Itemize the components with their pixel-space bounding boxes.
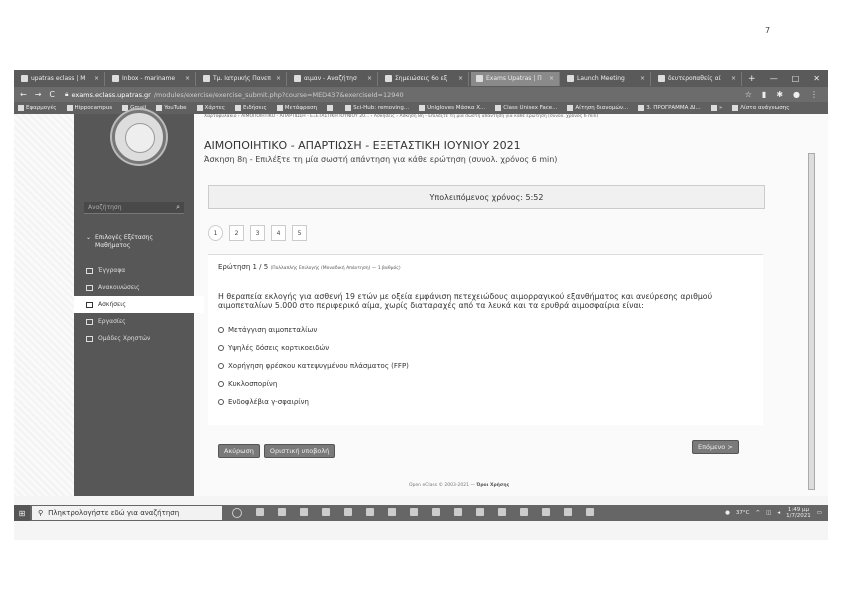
close-icon[interactable]: × [367, 75, 372, 82]
bookmark-item[interactable]: Μετάφραση [277, 105, 317, 111]
close-window-icon[interactable]: ✕ [813, 74, 820, 83]
tab-favicon-icon [294, 75, 301, 82]
bookmark-item[interactable]: Class Unisex Face... [495, 105, 557, 111]
browser-tab[interactable]: δευτεροπαθείς αί× [653, 72, 742, 86]
profile-avatar[interactable]: ● [793, 90, 800, 99]
bookmark-item[interactable]: 3. ΠΡΟΓΡΑΜΜΑ ΔΙ... [638, 105, 701, 111]
bluetooth-icon[interactable] [454, 508, 462, 516]
sidebar-search-input[interactable]: Αναζήτηση ⌕ [84, 202, 184, 214]
bookmark-icon [277, 105, 283, 111]
new-tab-button[interactable]: + [748, 74, 756, 84]
reload-icon[interactable]: C [49, 90, 55, 99]
bookmark-icon [122, 105, 128, 111]
tab-title: Launch Meeting [577, 75, 625, 82]
university-logo [112, 110, 166, 164]
cancel-button[interactable]: Ακύρωση [218, 444, 260, 458]
answer-option[interactable]: Υψηλές δόσεις κορτικοειδών [218, 339, 409, 357]
browser-tab[interactable]: Σημειώσεις 6ο εξ× [380, 72, 469, 86]
star-icon[interactable]: ☆ [745, 90, 752, 99]
radio-button[interactable] [218, 381, 224, 387]
browser-tab[interactable]: Launch Meeting× [562, 72, 651, 86]
sidebar-item[interactable]: Ομάδες Χρηστών [74, 330, 194, 347]
clock[interactable]: 1:49 μμ 1/7/2021 [786, 507, 811, 519]
answer-option[interactable]: Μετάγγιση αιμοπεταλίων [218, 321, 409, 339]
submit-button[interactable]: Οριστική υποβολή [264, 444, 335, 458]
sidebar: Αναζήτηση ⌕ ⌄ Επιλογές Εξέτασης Μαθήματο… [74, 114, 194, 496]
lock-icon: 🔒︎ [65, 90, 68, 99]
radio-button[interactable] [218, 363, 224, 369]
remaining-time: Υπολειπόμενος χρόνος: 5:52 [208, 185, 765, 209]
phone-icon[interactable] [344, 508, 352, 516]
store-icon[interactable] [300, 508, 308, 516]
footer: Open eClass © 2003-2021 — Όροι Χρήσης [409, 483, 509, 488]
mail-icon[interactable] [388, 508, 396, 516]
bookmark-icon [638, 105, 644, 111]
weather-icon[interactable]: ● [725, 510, 730, 516]
tab-title: αιμαν - Αναζήτησ [304, 75, 357, 82]
browser-tab[interactable]: αιμαν - Αναζήτησ× [289, 72, 378, 86]
bookmark-icon [495, 105, 501, 111]
sidebar-item[interactable]: Ασκήσεις [74, 296, 204, 313]
menu-icon[interactable]: ⋮ [810, 90, 818, 99]
tab-title: δευτεροπαθείς αί [668, 75, 721, 82]
windows-start-icon[interactable]: ⊞ [14, 505, 30, 521]
radio-button[interactable] [218, 327, 224, 333]
answer-options: Μετάγγιση αιμοπεταλίωνΥψηλές δόσεις κορτ… [218, 321, 409, 411]
screenshot: upatras eclass | Μ×Inbox - mariname×Τμ. … [14, 70, 828, 540]
search-icon[interactable]: ⌕ [176, 203, 180, 212]
close-icon[interactable]: × [185, 75, 190, 82]
tab-favicon-icon [112, 75, 119, 82]
tab-favicon-icon [658, 75, 665, 82]
task-view-icon[interactable] [256, 508, 264, 516]
bookmark-item[interactable]: Χάρτες [197, 105, 225, 111]
answer-option[interactable]: Χορήγηση φρέσκου κατεψυγμένου πλάσματος … [218, 357, 409, 375]
spotify-icon[interactable] [476, 508, 484, 516]
page-button[interactable]: 4 [271, 225, 286, 241]
sidebar-menu: ΈγγραφαΑνακοινώσειςΑσκήσειςΕργασίεςΟμάδε… [74, 262, 194, 347]
bookmark-item[interactable]: YouTube [156, 105, 186, 111]
extension-icon[interactable]: ▮ [762, 90, 766, 99]
sticky-notes-icon[interactable] [366, 508, 374, 516]
bookmark-icon [235, 105, 241, 111]
radio-button[interactable] [218, 345, 224, 351]
scrollbar-thumb[interactable] [808, 153, 815, 490]
bookmark-item[interactable]: Unigloves Μάσκα Χ... [419, 105, 485, 111]
question-pager: 12345 [208, 225, 307, 241]
exercise-subtitle: Άσκηση 8η - Επιλέξτε τη μία σωστή απάντη… [204, 155, 557, 164]
chevron-down-icon: ⌄ [86, 234, 91, 250]
browser-tab[interactable]: upatras eclass | Μ× [16, 72, 105, 86]
tab-favicon-icon [385, 75, 392, 82]
sidebar-section-title[interactable]: ⌄ Επιλογές Εξέτασης Μαθήματος [86, 234, 165, 250]
bookmark-icon [67, 105, 73, 111]
bookmark-icon [419, 105, 425, 111]
network-icon[interactable]: ◫ [766, 510, 771, 516]
speaker-app-icon[interactable] [586, 508, 594, 516]
browser-tab[interactable]: Exams Upatras | Π× [471, 72, 560, 86]
browser-tab[interactable]: Inbox - mariname× [107, 72, 196, 86]
close-icon[interactable]: × [549, 75, 554, 82]
tab-title: Exams Upatras | Π [486, 75, 542, 82]
chevron-up-icon[interactable]: ^ [756, 510, 761, 516]
window-controls: —□✕ [770, 74, 828, 83]
taskbar-search-input[interactable]: ⚲ Πληκτρολογήστε εδώ για αναζήτηση [32, 506, 222, 520]
system-tray: ● 37°C ^ ◫ ◂ 1:49 μμ 1/7/2021 ▭ [725, 507, 828, 519]
bookmark-item[interactable]: Ειδήσεις [235, 105, 267, 111]
search-placeholder: Αναζήτηση [88, 204, 122, 211]
windows-taskbar: ⊞ ⚲ Πληκτρολογήστε εδώ για αναζήτηση ● [14, 505, 828, 521]
question-meta: (Πολλαπλής Επιλογής (Μοναδική Απάντηση) … [270, 266, 400, 271]
terms-link[interactable]: Όροι Χρήσης [476, 483, 509, 488]
cortana-icon[interactable] [232, 508, 242, 518]
browser-tab[interactable]: Τμ. Ιατρικής Πανεπ× [198, 72, 287, 86]
menu-item-icon [86, 336, 93, 342]
tab-title: Σημειώσεις 6ο εξ [395, 75, 447, 82]
close-icon[interactable]: × [731, 75, 736, 82]
file-explorer-icon[interactable] [322, 508, 330, 516]
question-panel: Ερώτηση 1 / 5 (Πολλαπλής Επιλογής (Μοναδ… [208, 254, 763, 425]
answer-option[interactable]: Ενδοφλέβια γ-σφαιρίνη [218, 393, 409, 411]
bookmark-icon [711, 105, 717, 111]
menu-item-icon [86, 268, 93, 274]
tab-favicon-icon [476, 75, 483, 82]
page-button[interactable]: 2 [229, 225, 244, 241]
taskbar-apps [232, 508, 594, 518]
breadcrumb[interactable]: Χαρτοφυλάκιο › ΑΙΜΟΠΟΙΗΤΙΚΟ - ΑΠΑΡΤΙΩΣΗ … [204, 114, 598, 119]
bookmark-item[interactable]: Sci-Hub: removing... [345, 105, 409, 111]
media-icon[interactable] [498, 508, 506, 516]
skype-icon[interactable] [432, 508, 440, 516]
close-icon[interactable]: × [276, 75, 281, 82]
answer-option[interactable]: Κυκλοσπορίνη [218, 375, 409, 393]
bookmark-icon [156, 105, 162, 111]
web-page: Αναζήτηση ⌕ ⌄ Επιλογές Εξέτασης Μαθήματο… [14, 114, 828, 496]
bookmark-icon [327, 105, 333, 111]
background-decoration [14, 114, 74, 496]
browser-tab-strip: upatras eclass | Μ×Inbox - mariname×Τμ. … [14, 70, 828, 87]
page-title: ΑΙΜΟΠΟΙΗΤΙΚΟ - ΑΠΑΡΤΙΩΣΗ - ΕΞΕΤΑΣΤΙΚΗ ΙΟ… [204, 139, 521, 152]
menu-item-icon [86, 319, 93, 325]
excel-icon[interactable] [564, 508, 572, 516]
tab-title: Inbox - mariname [122, 75, 175, 82]
sidebar-item[interactable]: Ανακοινώσεις [74, 279, 194, 296]
bookmark-item[interactable]: Εφαρμογές [18, 105, 57, 111]
maximize-icon[interactable]: □ [792, 74, 800, 83]
tab-favicon-icon [567, 75, 574, 82]
page-number: 7 [765, 26, 770, 35]
next-button[interactable]: Επόμενο > [692, 440, 739, 454]
close-icon[interactable]: × [640, 75, 645, 82]
url-field[interactable]: 🔒︎ exams.eclass.upatras.gr/modules/exerc… [65, 90, 404, 99]
tab-title: upatras eclass | Μ [31, 75, 85, 82]
sidebar-item[interactable]: Εργασίες [74, 313, 194, 330]
puzzle-icon[interactable]: ✱ [776, 90, 783, 99]
tab-favicon-icon [21, 75, 28, 82]
bookmark-item[interactable]: Αίτηση διανομών... [567, 105, 628, 111]
bookmark-item[interactable]: Λίστα ανάγνωσης [732, 105, 789, 111]
tab-title: Τμ. Ιατρικής Πανεπ [213, 75, 271, 82]
forward-icon[interactable]: → [35, 90, 42, 99]
weather-temp[interactable]: 37°C [736, 510, 750, 516]
bookmark-item[interactable]: Hippocampus [67, 105, 113, 111]
bookmark-icon [567, 105, 573, 111]
back-icon[interactable]: ← [20, 90, 27, 99]
bookmark-icon [732, 105, 738, 111]
page-button[interactable]: 5 [292, 225, 307, 241]
page-button[interactable]: 1 [208, 225, 223, 241]
close-icon[interactable]: × [94, 75, 99, 82]
search-icon: ⚲ [38, 509, 43, 517]
bookmark-item[interactable]: » [711, 105, 722, 111]
minimize-icon[interactable]: — [770, 74, 778, 83]
page-button[interactable]: 3 [250, 225, 265, 241]
url-path: /modules/exercise/exercise_submit.php?co… [154, 91, 404, 99]
bookmark-item[interactable] [327, 105, 335, 111]
bookmark-icon [197, 105, 203, 111]
page-scrollbar[interactable] [807, 117, 814, 492]
main-content: Χαρτοφυλάκιο › ΑΙΜΟΠΟΙΗΤΙΚΟ - ΑΠΑΡΤΙΩΣΗ … [204, 114, 774, 496]
edge-icon[interactable] [520, 508, 528, 516]
close-icon[interactable]: × [458, 75, 463, 82]
radio-button[interactable] [218, 399, 224, 405]
notifications-icon[interactable]: ▭ [817, 510, 822, 516]
question-text: Η θεραπεία εκλογής για ασθενή 19 ετών με… [218, 292, 738, 310]
volume-icon[interactable]: ◂ [777, 510, 780, 516]
bookmark-icon [18, 105, 24, 111]
url-host: exams.eclass.upatras.gr [71, 91, 150, 99]
question-header: Ερώτηση 1 / 5 (Πολλαπλής Επιλογής (Μοναδ… [218, 263, 401, 271]
teams-icon[interactable] [278, 508, 286, 516]
bookmark-icon [345, 105, 351, 111]
tab-favicon-icon [203, 75, 210, 82]
menu-item-icon [86, 302, 93, 308]
menu-item-icon [86, 285, 93, 291]
checkmark-app-icon[interactable] [410, 508, 418, 516]
sidebar-item[interactable]: Έγγραφα [74, 262, 194, 279]
address-bar: ← → C 🔒︎ exams.eclass.upatras.gr/modules… [14, 87, 828, 102]
chrome-icon[interactable] [542, 508, 550, 516]
